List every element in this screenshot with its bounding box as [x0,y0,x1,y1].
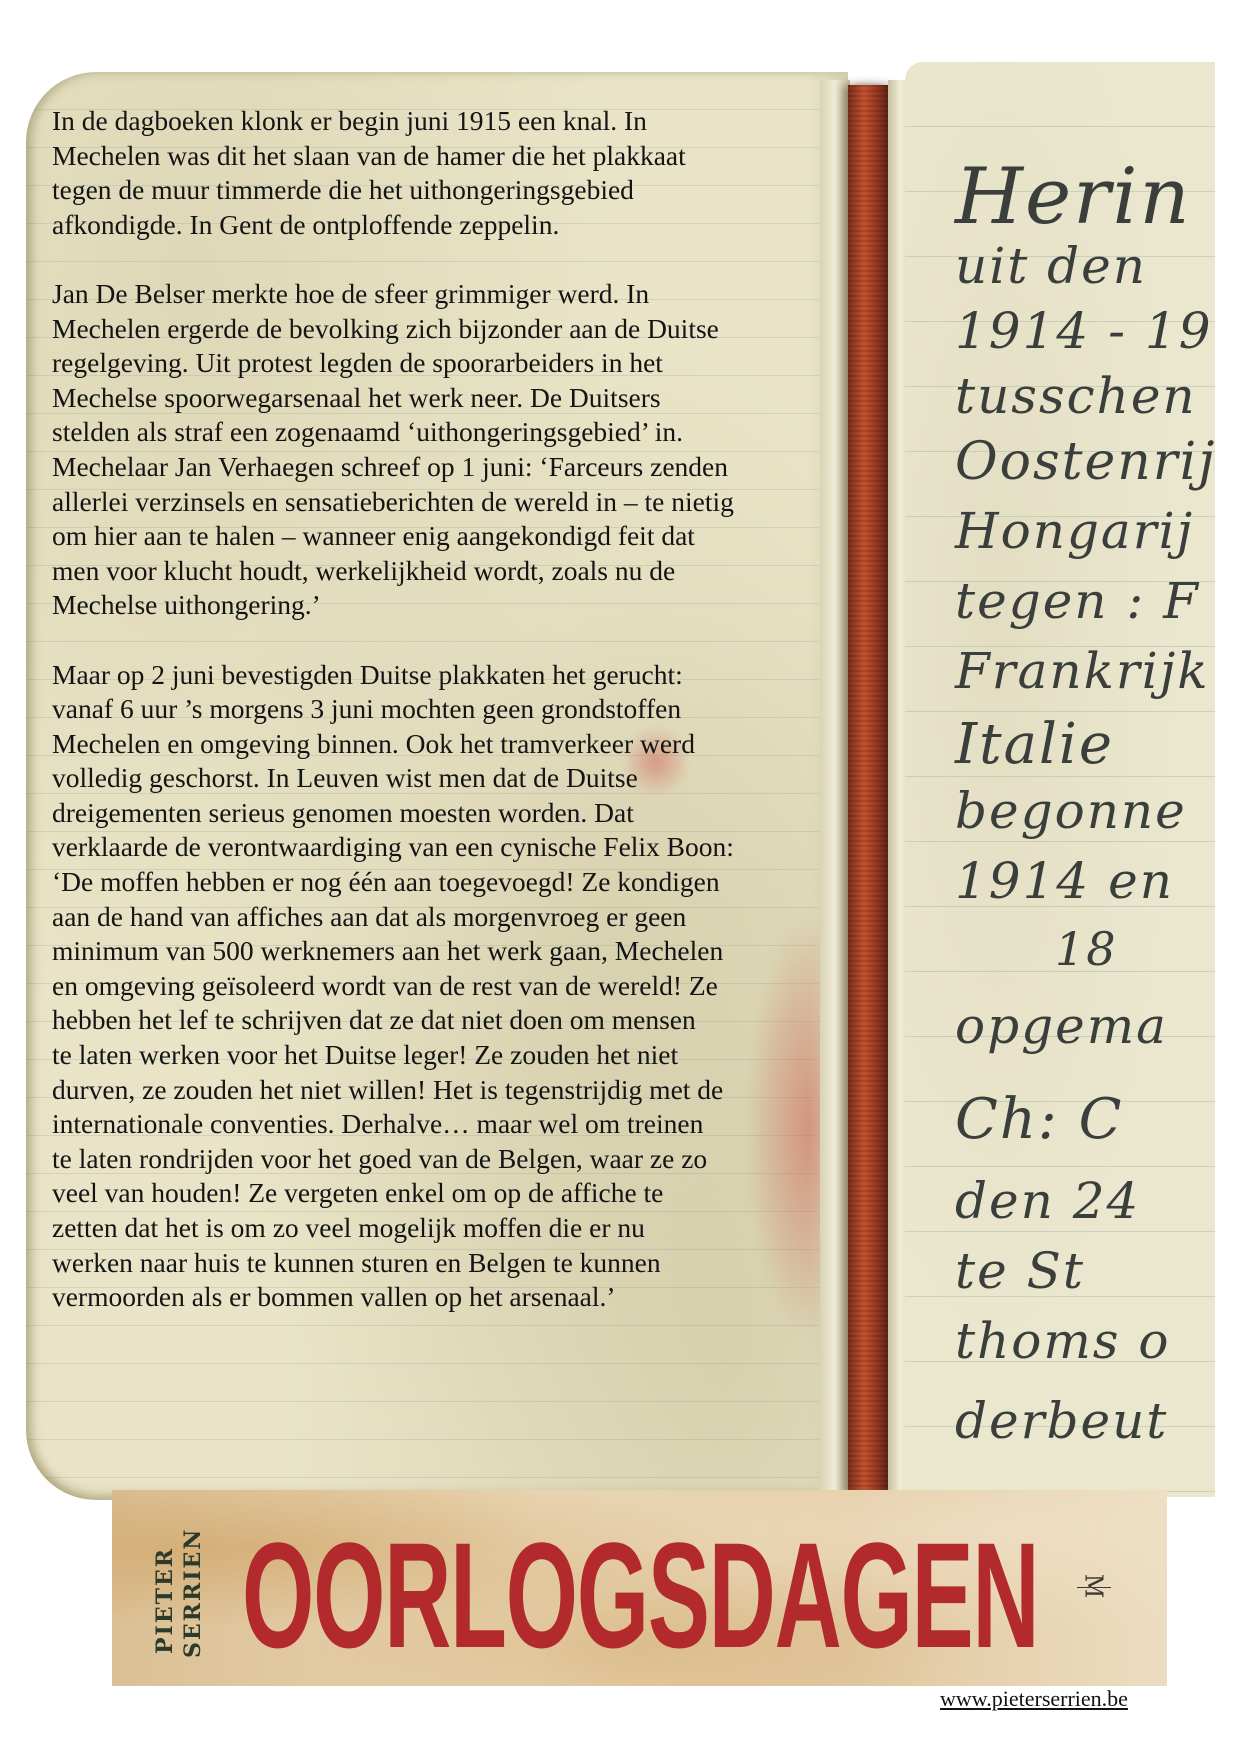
handwriting-line: Oostenrij [955,432,1215,492]
handwriting-line: thoms o [955,1312,1170,1370]
text-line: ‘De moffen hebben er nog één aan toegevo… [52,865,832,900]
text-line: tegen de muur timmerde die het uithonger… [52,173,832,208]
text-line: vanaf 6 uur ’s morgens 3 juni mochten ge… [52,692,832,727]
handwriting-line: tusschen [955,367,1197,425]
handwriting-line: Herin [955,152,1192,242]
text-line: In de dagboeken klonk er begin juni 1915… [52,104,832,139]
text-line: minimum van 500 werknemers aan het werk … [52,934,832,969]
handwriting-line: Hongarij [955,502,1194,560]
handwriting-line: Frankrijk [955,642,1210,700]
text-line: hebben het lef te schrijven dat ze dat n… [52,1003,832,1038]
text-line: allerlei verzinsels en sensatieberichten… [52,485,832,520]
handwriting-line: 1914 - 19 [955,302,1213,360]
paragraph: Maar op 2 juni bevestigden Duitse plakka… [52,658,832,1315]
text-line: te laten werken voor het Duitse leger! Z… [52,1038,832,1073]
text-line: te laten rondrijden voor het goed van de… [52,1142,832,1177]
text-line: Mechelse uithongering.’ [52,588,832,623]
handwriting-line: 1914 en [955,852,1174,910]
text-line: veel van houden! Ze vergeten enkel om op… [52,1176,832,1211]
text-line: zetten dat het is om zo veel mogelijk mo… [52,1211,832,1246]
text-line: Maar op 2 juni bevestigden Duitse plakka… [52,658,832,693]
paragraph: Jan De Belser merkte hoe de sfeer grimmi… [52,277,832,623]
handwriting-line: tegen : F [955,572,1200,630]
book-banner: PIETER SERRIEN OORLOGSDAGEN M [112,1490,1167,1686]
text-line: aan de hand van affiches aan dat als mor… [52,900,832,935]
paragraph: In de dagboeken klonk er begin juni 1915… [52,104,832,242]
handwriting-line: opgema [955,997,1168,1055]
notebook-right-page-handwriting: Herinuit den1914 - 19tusschenOostenrijHo… [905,62,1215,1497]
handwriting-line: Ch: C [955,1087,1123,1152]
text-line: verklaarde de verontwaardiging van een c… [52,830,832,865]
handwriting-line: begonne [955,782,1187,840]
text-line: Mechelen en omgeving binnen. Ook het tra… [52,727,832,762]
article-text: In de dagboeken klonk er begin juni 1915… [52,104,832,1349]
author-name: PIETER SERRIEN [152,1518,212,1658]
handwriting-line: te St [955,1242,1085,1300]
text-line: regelgeving. Uit protest legden de spoor… [52,346,832,381]
text-line: vermoorden als er bommen vallen op het a… [52,1280,832,1315]
text-line: volledig geschorst. In Leuven wist men d… [52,761,832,796]
handwriting-line: derbeut [955,1392,1168,1450]
handwriting-line: den 24 [955,1172,1140,1230]
text-line: durven, ze zouden het niet willen! Het i… [52,1073,832,1108]
text-line: Mechelaar Jan Verhaegen schreef op 1 jun… [52,450,832,485]
text-line: en omgeving geïsoleerd wordt van de rest… [52,969,832,1004]
text-line: dreigementen serieus genomen moesten wor… [52,796,832,831]
text-line: Mechelse spoorwegarsenaal het werk neer.… [52,381,832,416]
publisher-logo-icon: M [1077,1570,1111,1604]
notebook-spine [848,85,888,1495]
text-line: Jan De Belser merkte hoe de sfeer grimmi… [52,277,832,312]
text-line: Mechelen was dit het slaan van de hamer … [52,139,832,174]
book-title: OORLOGSDAGEN [242,1520,1038,1670]
text-line: men voor klucht houdt, werkelijkheid wor… [52,554,832,589]
author-last-name: SERRIEN [180,1528,206,1658]
handwriting-line: uit den [955,237,1147,295]
text-line: afkondigde. In Gent de ontploffende zepp… [52,208,832,243]
handwriting-line: 18 [1055,922,1118,976]
author-first-name: PIETER [152,1547,178,1654]
handwriting-line: Italie [955,712,1114,777]
website-link[interactable]: www.pieterserrien.be [940,1686,1128,1712]
text-line: Mechelen ergerde de bevolking zich bijzo… [52,312,832,347]
text-line: stelden als straf een zogenaamd ‘uithong… [52,415,832,450]
text-line: werken naar huis te kunnen sturen en Bel… [52,1246,832,1281]
text-line: internationale conventies. Derhalve… maa… [52,1107,832,1142]
text-line: om hier aan te halen – wanneer enig aang… [52,519,832,554]
